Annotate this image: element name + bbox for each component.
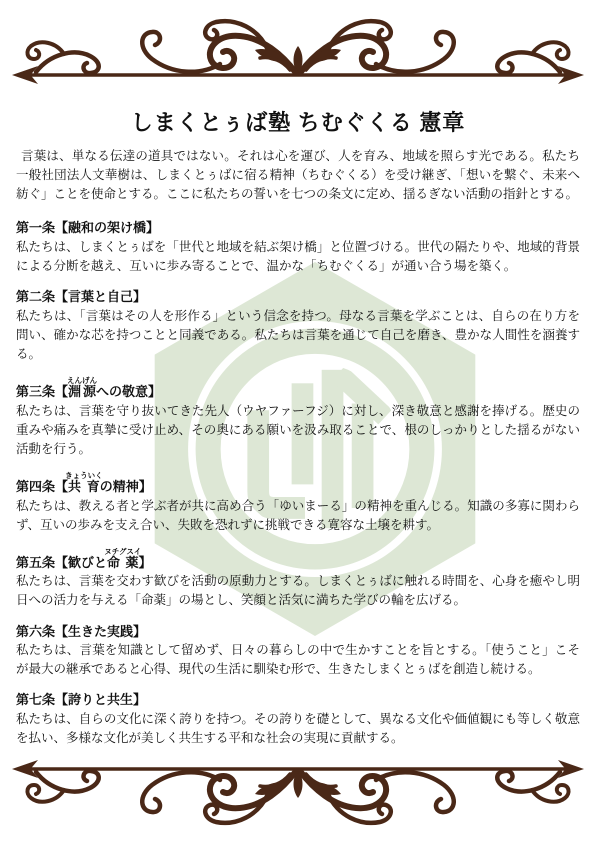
charter-document-page: しまくとぅば塾 ちむぐくる 憲章 言葉は、単なる伝達の道具ではない。それは心を運… [0, 0, 596, 842]
page-title: しまくとぅば塾 ちむぐくる 憲章 [16, 106, 580, 137]
article-6: 第六条【生きた実践】 私たちは、言葉を知識として留めず、日々の暮らしの中で生かす… [16, 623, 580, 680]
article-4-heading-suffix: の精神】 [100, 479, 152, 494]
bottom-flourish-divider [6, 752, 590, 836]
article-4-ruby-word: 共育きょういく [68, 479, 100, 494]
article-4: 第四条【共育きょういくの精神】 私たちは、教える者と学ぶ者が共に高め合う「ゆいま… [16, 471, 580, 535]
top-flourish-divider [6, 8, 590, 92]
article-6-heading: 第六条【生きた実践】 [16, 623, 580, 641]
article-3-heading-prefix: 第三条【 [16, 384, 68, 399]
article-2: 第二条【言葉と自己】 私たちは、「言葉はその人を形作る」という信念を持つ。母なる… [16, 288, 580, 364]
article-3: 第三条【淵源えんげんへの敬意】 私たちは、言葉を守り抜いてきた先人（ウヤファーフ… [16, 376, 580, 459]
article-4-heading-prefix: 第四条【 [16, 479, 68, 494]
article-2-heading: 第二条【言葉と自己】 [16, 288, 580, 306]
article-6-body: 私たちは、言葉を知識として留めず、日々の暮らしの中で生かすことを旨とする。「使う… [16, 641, 580, 679]
intro-paragraph: 言葉は、単なる伝達の道具ではない。それは心を運び、人を育み、地域を照らす光である… [16, 147, 580, 204]
article-7: 第七条【誇りと共生】 私たちは、自らの文化に深く誇りを持つ。その誇りを礎として、… [16, 691, 580, 748]
article-3-body: 私たちは、言葉を守り抜いてきた先人（ウヤファーフジ）に対し、深き敬意と感謝を捧げ… [16, 402, 580, 459]
article-5-heading-suffix: 】 [139, 555, 152, 570]
article-1-heading: 第一条【融和の架け橋】 [16, 219, 580, 237]
article-1: 第一条【融和の架け橋】 私たちは、しまくとぅばを「世代と地域を結ぶ架け橋」と位置… [16, 219, 580, 276]
article-5-body: 私たちは、言葉を交わす歓びを活動の原動力とする。しまくとぅばに触れる時間を、心身… [16, 572, 580, 610]
article-3-furigana: えんげん [67, 376, 97, 385]
article-2-body: 私たちは、「言葉はその人を形作る」という信念を持つ。母なる言葉を学ぶことは、自ら… [16, 307, 580, 364]
article-1-heading-text: 第一条【融和の架け橋】 [16, 220, 159, 235]
article-4-furigana: きょういく [65, 471, 103, 480]
article-1-body: 私たちは、しまくとぅばを「世代と地域を結ぶ架け橋」と位置づける。世代の隔たりや、… [16, 238, 580, 276]
article-3-heading-suffix: への敬意】 [96, 384, 161, 399]
article-5-heading-prefix: 第五条【歓びと [16, 555, 107, 570]
article-7-heading-text: 第七条【誇りと共生】 [16, 692, 146, 707]
article-4-heading: 第四条【共育きょういくの精神】 [16, 471, 580, 496]
article-3-heading: 第三条【淵源えんげんへの敬意】 [16, 376, 580, 401]
article-4-body: 私たちは、教える者と学ぶ者が共に高め合う「ゆいまーる」の精神を重んじる。知識の多… [16, 497, 580, 535]
article-5-heading: 第五条【歓びと命薬ヌチグスイ】 [16, 547, 580, 572]
article-2-heading-text: 第二条【言葉と自己】 [16, 289, 146, 304]
charter-body: しまくとぅば塾 ちむぐくる 憲章 言葉は、単なる伝達の道具ではない。それは心を運… [0, 106, 596, 748]
article-7-heading: 第七条【誇りと共生】 [16, 691, 580, 709]
article-3-ruby-word: 淵源えんげん [68, 384, 96, 399]
article-6-heading-text: 第六条【生きた実践】 [16, 624, 146, 639]
article-7-body: 私たちは、自らの文化に深く誇りを持つ。その誇りを礎として、異なる文化や価値観にも… [16, 710, 580, 748]
article-5: 第五条【歓びと命薬ヌチグスイ】 私たちは、言葉を交わす歓びを活動の原動力とする。… [16, 547, 580, 611]
article-5-furigana: ヌチグスイ [104, 547, 141, 556]
article-5-ruby-word: 命薬ヌチグスイ [107, 555, 139, 570]
